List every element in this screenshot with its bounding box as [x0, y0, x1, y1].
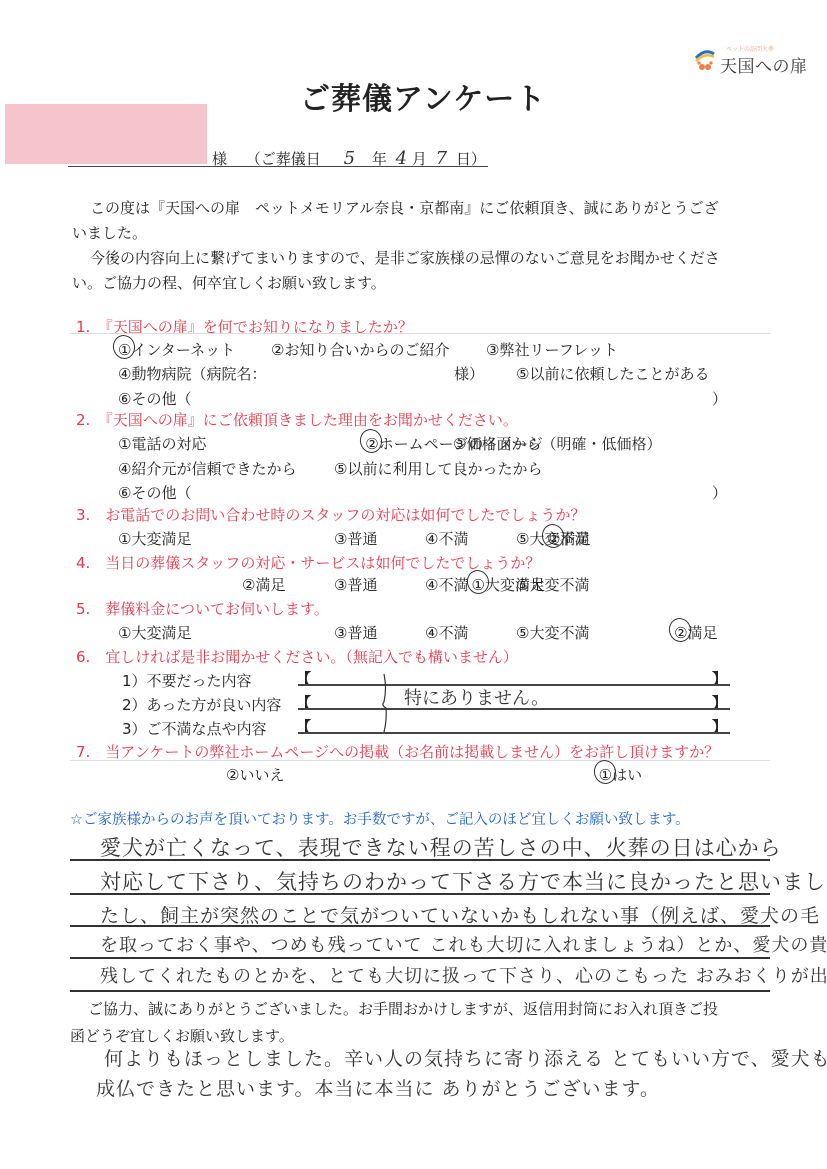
bracket-close: 】 — [712, 668, 727, 689]
ceremony-date-row: 様 （ご葬儀日 5 年 4 月 7 日） — [212, 148, 486, 169]
q5-option-3[interactable]: ③普通 — [334, 622, 377, 643]
q3-option-4[interactable]: ④不満 — [425, 528, 468, 549]
bracket-open: 【 — [296, 668, 311, 689]
q2-option-phone[interactable]: ①電話の対応 — [118, 433, 206, 454]
answer-line-3[interactable] — [298, 732, 730, 734]
month-unit: 月 — [412, 150, 427, 168]
q1-option-internet[interactable]: ①インターネット — [118, 339, 235, 360]
voice-heading: ☆ご家族様からのお声を頂いております。お手数ですが、ご記入のほど宜しくお願い致し… — [70, 808, 690, 829]
writing-rule — [70, 925, 770, 927]
day-value[interactable]: 7 — [436, 148, 447, 169]
voice-line: 残してくれたものとかを、とても大切に扱って下さり、心のこもった おみおくりが出来… — [100, 962, 827, 988]
sama-label: 様 — [212, 150, 227, 168]
q1-option-referral[interactable]: ②お知り合いからのご紹介 — [271, 339, 449, 360]
closing-line: ご協力、誠にありがとうございました。お手間おかけしますが、返信用封筒にお入れ頂き… — [88, 996, 788, 1023]
q7-option-no[interactable]: ②いいえ — [226, 764, 284, 785]
q6-answer[interactable]: 特にありません。 — [404, 684, 549, 710]
q5-option-5[interactable]: ⑤大変不満 — [516, 622, 589, 643]
question-2: 2. 『天国への扉』にご依頼頂きました理由をお聞かせください。 — [76, 409, 518, 430]
q5-option-2[interactable]: ②満足 — [674, 622, 717, 643]
voice-line: たし、飼主が突然のことで気がついていないかもしれない事（例えば、愛犬の毛 — [100, 901, 820, 928]
intro-line: この度は『天国への扉 ペットメモリアル奈良・京都南』にご依頼頂き、誠にありがとう… — [86, 196, 786, 221]
q5-option-1[interactable]: ①大変満足 — [118, 622, 191, 643]
q1-other-close: ） — [712, 388, 727, 409]
voice-line: 対応して下さり、気持ちのわかって下さる方で本当に良かったと思いまし — [100, 866, 826, 896]
brand-logo: ペットの訪問火葬 天国への扉 — [694, 44, 804, 74]
voice-line: を取っておく事や、つめも残っていて これも大切に入れましょうね）とか、愛犬の貴重… — [100, 931, 827, 957]
q6-item-complaints: 3）ご不満な点や内容 — [122, 718, 267, 739]
intro-line: い。ご協力の程、何卒宜しくお願い致します。 — [72, 271, 786, 296]
question-4: 4. 当日の葬儀スタッフの対応・サービスは如何でしたでしょうか？ — [76, 552, 540, 573]
closing-handwritten: 成仏できたと思います。本当に本当に ありがとうございます。 — [96, 1074, 660, 1101]
closing-handwritten: 何よりもほっとしました。辛い人の気持ちに寄り添える とてもいい方で、愛犬も — [104, 1044, 827, 1071]
intro-line: いました。 — [72, 221, 786, 246]
writing-rule — [70, 957, 770, 959]
bracket-close: 】 — [712, 716, 727, 737]
writing-rule — [70, 859, 770, 861]
logo-name: 天国への扉 — [720, 52, 808, 77]
bracket-open: 【 — [296, 692, 311, 713]
rainbow-paw-icon — [694, 48, 716, 72]
year-value[interactable]: 5 — [344, 148, 355, 169]
q6-item-unneeded: 1）不要だった内容 — [122, 670, 252, 691]
question-3: 3. お電話でのお問い合わせ時のスタッフの対応は如何でしたでしょうか？ — [76, 504, 585, 525]
voice-line: 愛犬が亡くなって、表現できない程の苦しさの中、火葬の日は心から — [100, 832, 782, 862]
date-label: （ご葬儀日 — [246, 150, 321, 168]
q3-option-5[interactable]: ⑤大変不満 — [516, 528, 589, 549]
closing-text: ご協力、誠にありがとうございました。お手間おかけしますが、返信用封筒にお入れ頂き… — [88, 996, 788, 1050]
q1-option-other[interactable]: ⑥その他（ — [118, 388, 191, 409]
intro-line: 今後の内容向上に繋げてまいりますので、是非ご家族様の忌憚のないご意見をお聞かせく… — [86, 246, 786, 271]
bracket-open: 【 — [296, 716, 311, 737]
q1-option-leaflet[interactable]: ③弊社リーフレット — [486, 339, 618, 360]
q1-vet-sama: 様） — [454, 363, 484, 384]
divider — [70, 760, 770, 761]
q4-option-5[interactable]: ⑤大変不満 — [516, 574, 589, 595]
year-unit: 年 — [372, 150, 387, 168]
bracket-close: 】 — [712, 692, 727, 713]
writing-rule — [70, 990, 770, 992]
q4-option-2[interactable]: ②満足 — [242, 574, 285, 595]
q1-option-previous[interactable]: ⑤以前に依頼したことがある — [516, 363, 709, 384]
q2-other-close: ） — [712, 482, 727, 503]
q3-option-3[interactable]: ③普通 — [334, 528, 377, 549]
day-unit: 日） — [456, 150, 486, 168]
q4-option-3[interactable]: ③普通 — [334, 574, 377, 595]
q2-option-trust[interactable]: ④紹介元が信頼できたから — [118, 458, 296, 479]
q4-option-4[interactable]: ④不満 — [425, 574, 468, 595]
question-5: 5. 葬儀料金についてお伺いします。 — [76, 598, 329, 619]
q1-option-vet[interactable]: ④動物病院（病院名： — [118, 363, 266, 384]
intro-text: この度は『天国への扉 ペットメモリアル奈良・京都南』にご依頼頂き、誠にありがとう… — [86, 196, 786, 296]
q6-item-wanted: 2）あった方が良い内容 — [122, 694, 281, 715]
question-7: 7. 当アンケートの弊社ホームページへの掲載（お名前は掲載しません）をお許し頂け… — [76, 741, 719, 762]
q2-option-price[interactable]: ③価格面から（明確・低価格） — [453, 433, 661, 454]
question-6: 6. 宜しければ是非お聞かせください。（無記入でも構いません） — [76, 646, 518, 667]
divider — [70, 333, 770, 334]
month-value[interactable]: 4 — [396, 148, 407, 169]
q7-option-yes[interactable]: ①はい — [599, 764, 642, 785]
q5-option-4[interactable]: ④不満 — [425, 622, 468, 643]
handwritten-brace-icon — [378, 672, 392, 734]
q2-option-other[interactable]: ⑥その他（ — [118, 482, 191, 503]
page-title: ご葬儀アンケート — [300, 74, 546, 118]
q2-option-previous[interactable]: ⑤以前に利用して良かったから — [334, 458, 542, 479]
q3-option-1[interactable]: ①大変満足 — [118, 528, 191, 549]
writing-rule — [70, 893, 770, 895]
